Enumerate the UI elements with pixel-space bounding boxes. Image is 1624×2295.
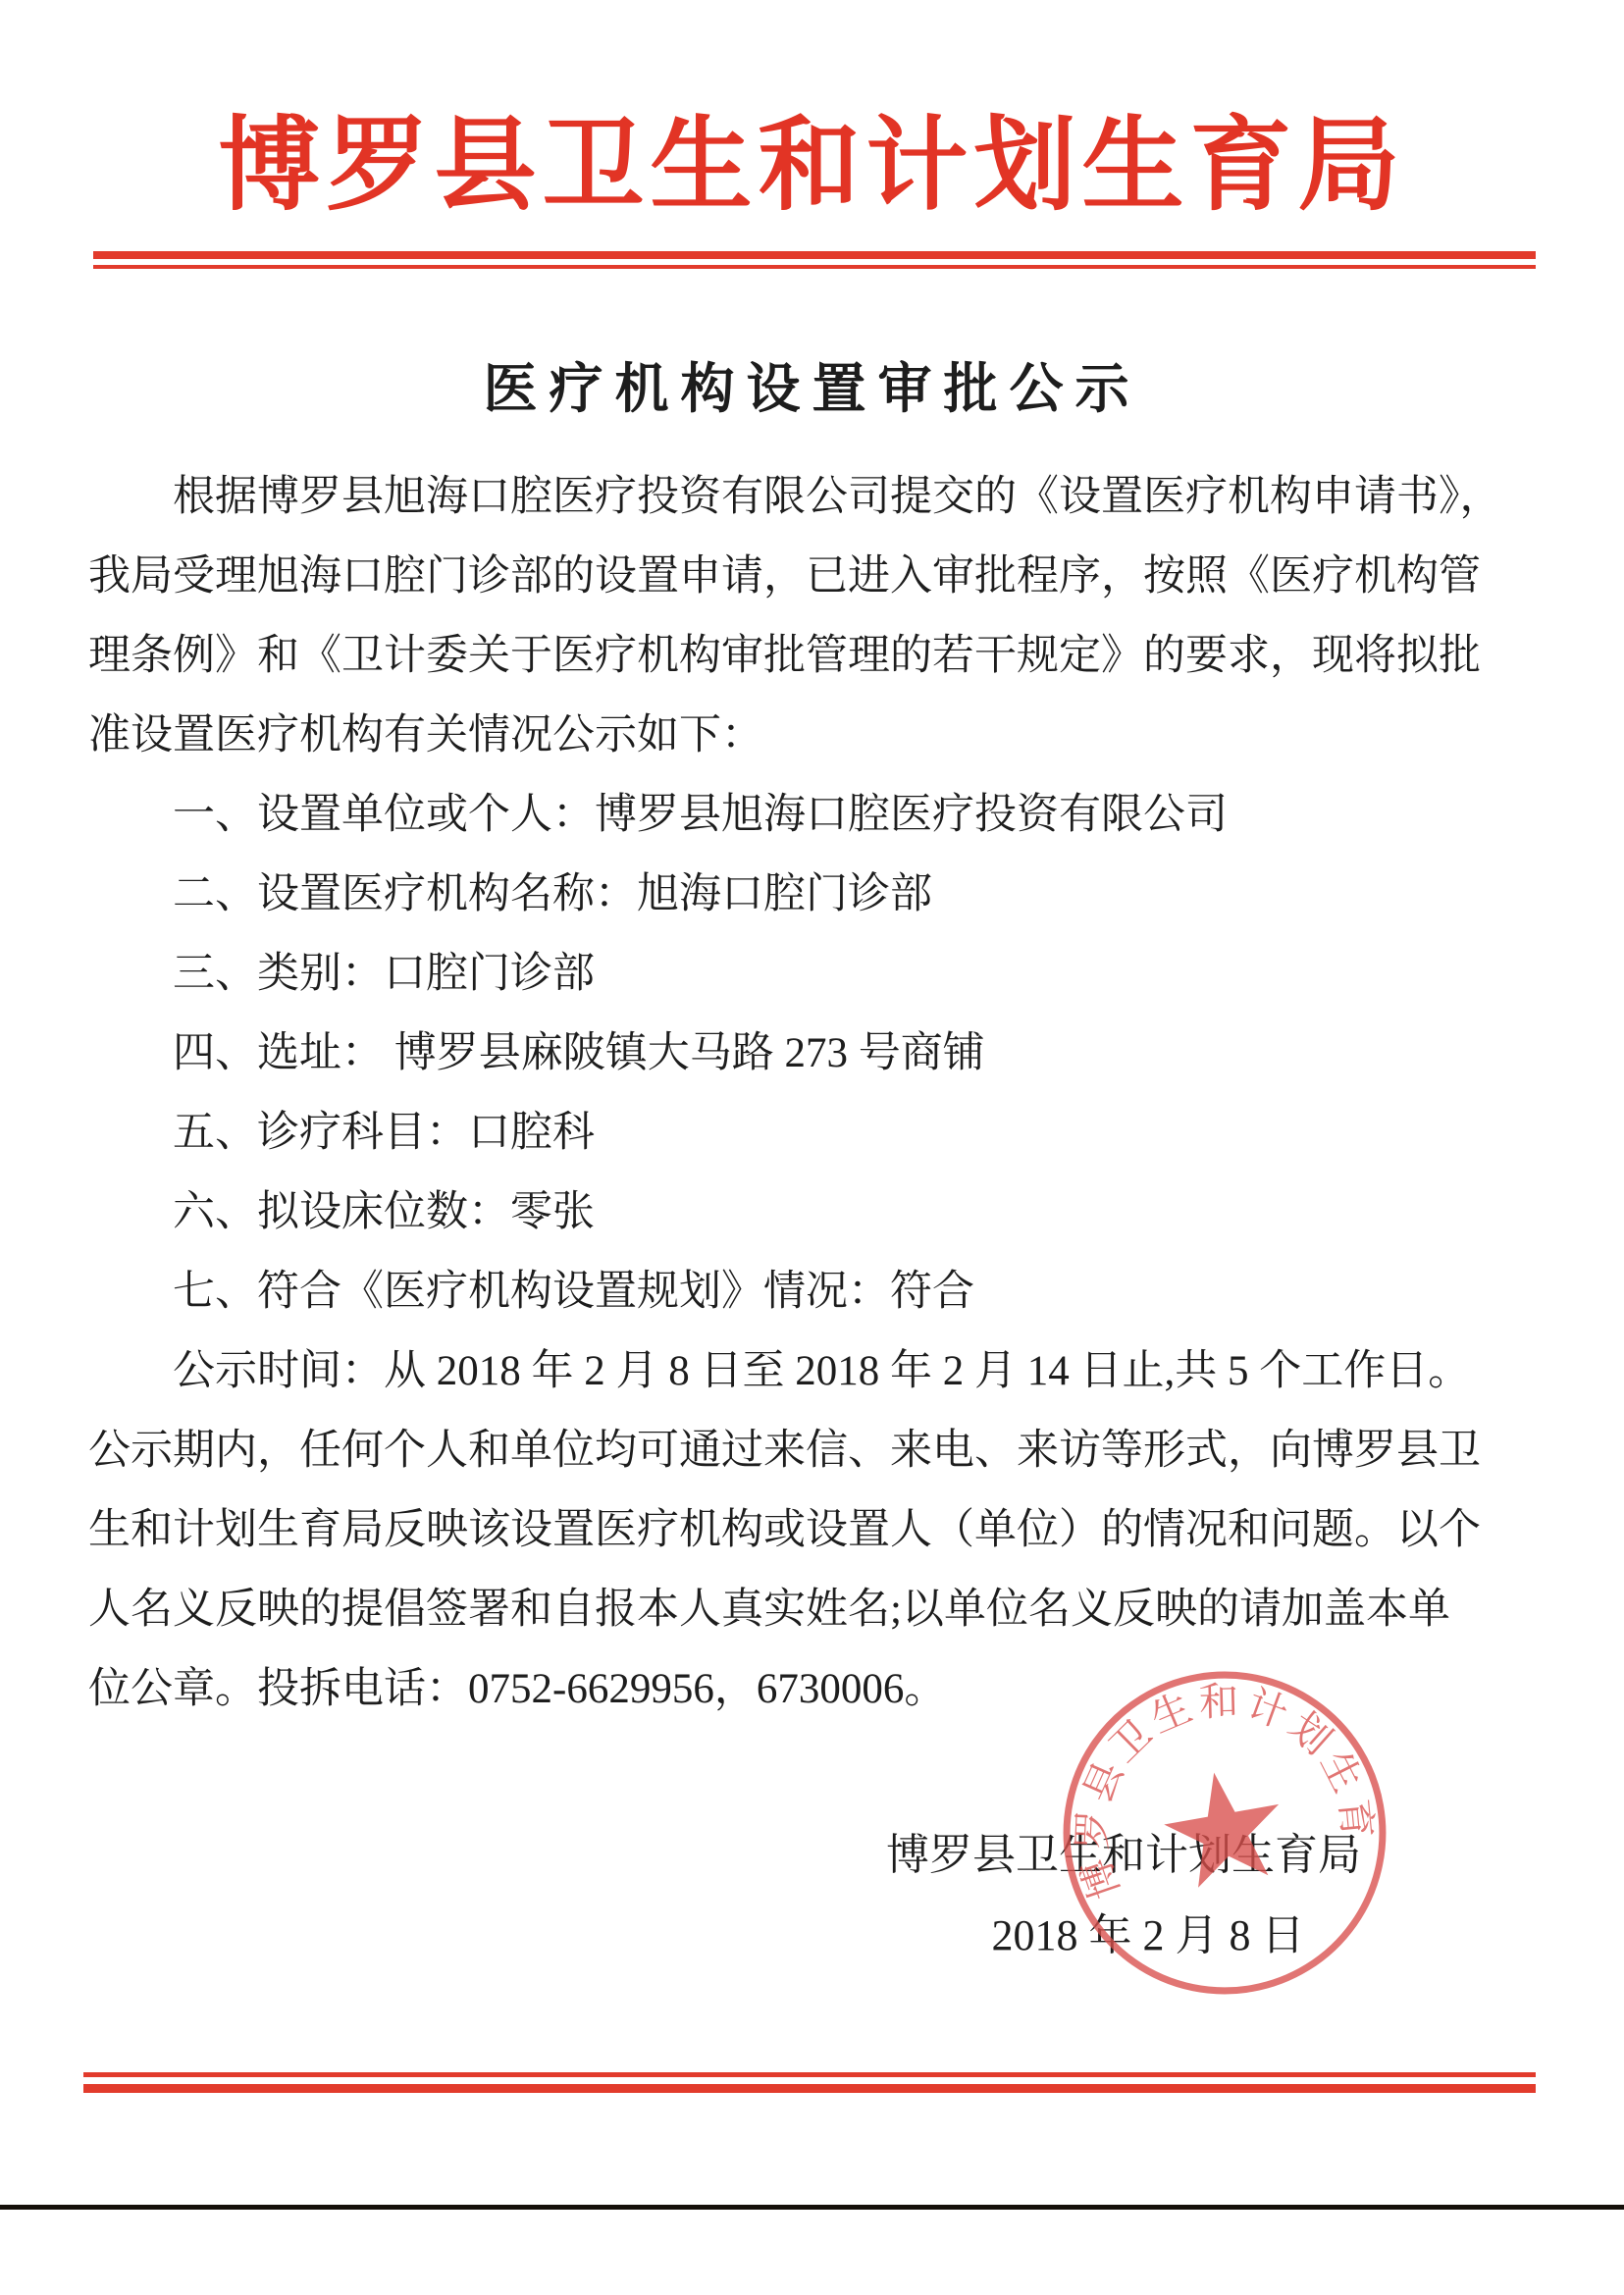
- list-item: 五、诊疗科目：口腔科: [88, 1093, 1539, 1173]
- paragraph-line: 人名义反映的提倡签署和自报本人真实姓名;以单位名义反映的请加盖本单: [88, 1570, 1539, 1649]
- header-separator-thin: [93, 265, 1536, 269]
- footer-separator-thin: [83, 2072, 1536, 2077]
- header-separator-thick: [93, 251, 1536, 259]
- footer-separator-thick: [83, 2084, 1536, 2093]
- paragraph-line: 公示期内，任何个人和单位均可通过来信、来电、来访等形式，向博罗县卫: [88, 1411, 1539, 1490]
- paragraph-line: 准设置医疗机构有关情况公示如下：: [88, 696, 1539, 775]
- paragraph-line: 理条例》和《卫计委关于医疗机构审批管理的若干规定》的要求，现将拟批: [88, 616, 1539, 696]
- list-item: 二、设置医疗机构名称：旭海口腔门诊部: [88, 855, 1539, 934]
- document-page: 博罗县卫生和计划生育局 医疗机构设置审批公示 根据博罗县旭海口腔医疗投资有限公司…: [0, 0, 1624, 2295]
- official-seal: 博罗县卫生和计划生育局: [1024, 1633, 1425, 2033]
- paragraph-line: 生和计划生育局反映该设置医疗机构或设置人（单位）的情况和问题。以个: [88, 1490, 1539, 1570]
- scan-edge-line: [0, 2205, 1624, 2210]
- letterhead-title: 博罗县卫生和计划生育局: [0, 82, 1624, 230]
- list-item: 三、类别：口腔门诊部: [88, 934, 1539, 1014]
- list-item: 四、选址： 博罗县麻陂镇大马路 273 号商铺: [88, 1014, 1539, 1093]
- document-title: 医疗机构设置审批公示: [0, 345, 1624, 423]
- list-item: 六、拟设床位数：零张: [88, 1173, 1539, 1252]
- star-icon: [1157, 1762, 1290, 1892]
- list-item: 七、符合《医疗机构设置规划》情况：符合: [88, 1252, 1539, 1331]
- paragraph-line: 根据博罗县旭海口腔医疗投资有限公司提交的《设置医疗机构申请书》，: [88, 457, 1539, 537]
- body-text: 根据博罗县旭海口腔医疗投资有限公司提交的《设置医疗机构申请书》， 我局受理旭海口…: [88, 457, 1539, 1729]
- paragraph-line: 公示时间：从 2018 年 2 月 8 日至 2018 年 2 月 14 日止,…: [88, 1331, 1539, 1411]
- paragraph-line: 我局受理旭海口腔门诊部的设置申请，已进入审批程序，按照《医疗机构管: [88, 537, 1539, 616]
- list-item: 一、设置单位或个人：博罗县旭海口腔医疗投资有限公司: [88, 775, 1539, 855]
